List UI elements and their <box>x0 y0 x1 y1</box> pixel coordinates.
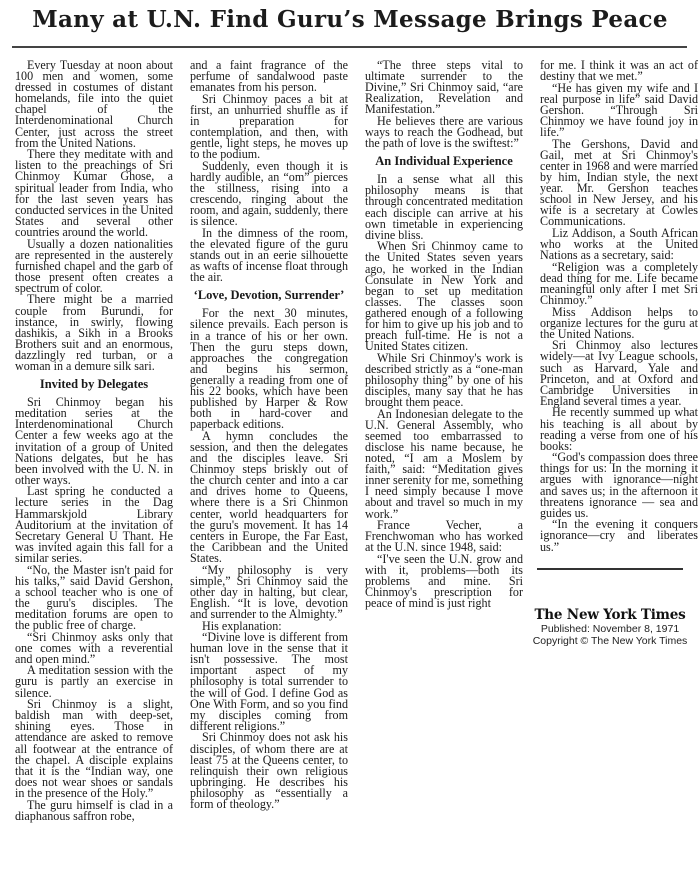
copyright-notice: Copyright © The New York Times <box>520 635 700 647</box>
publication-credit: The New York Times Published: November 8… <box>520 607 700 647</box>
article-paragraph: for me. I think it was an act of destiny… <box>540 60 698 82</box>
nyt-masthead-logo: The New York Times <box>520 607 700 623</box>
article-paragraph: A hymn concludes the session, and then t… <box>190 431 348 564</box>
article-paragraph: The Gershons, David and Gail, met at Sri… <box>540 139 698 228</box>
article-paragraph: Liz Addison, a South African who works a… <box>540 228 698 261</box>
article-paragraph: “He has given my wife and I real purpose… <box>540 83 698 138</box>
article-end-rule <box>537 568 683 570</box>
section-subhead: Invited by Delegates <box>15 378 173 391</box>
section-subhead: An Individual Experience <box>365 155 523 168</box>
article-paragraph: Every Tuesday at noon about 100 men and … <box>15 60 173 149</box>
article-paragraph: A meditation session with the guru is pa… <box>15 665 173 698</box>
article-column-2: and a faint fragrance of the perfume of … <box>190 60 348 811</box>
article-paragraph: In the dimness of the room, the elevated… <box>190 228 348 283</box>
article-paragraph: “Divine love is different from human lov… <box>190 632 348 732</box>
article-paragraph: He recently summed up what his teaching … <box>540 407 698 451</box>
article-paragraph: “In the evening it conquers ignorance—cr… <box>540 519 698 552</box>
article-paragraph: He believes there are various ways to re… <box>365 116 523 149</box>
article-paragraph: “I've seen the U.N. grow and with it, pr… <box>365 554 523 609</box>
article-column-4: for me. I think it was an act of destiny… <box>540 60 698 553</box>
article-paragraph: “Religion was a completely dead thing fo… <box>540 262 698 306</box>
article-paragraph: Sri Chinmoy also lectures widely—at Ivy … <box>540 340 698 407</box>
article-paragraph: Sri Chinmoy does not ask his disciples, … <box>190 732 348 810</box>
article-paragraph: Sri Chinmoy is a slight, baldish man wit… <box>15 699 173 799</box>
article-paragraph: “My philosophy is very simple,” Sri Chin… <box>190 565 348 620</box>
article-paragraph: For the next 30 minutes, silence prevail… <box>190 308 348 430</box>
article-paragraph: “God's compassion does three things for … <box>540 452 698 519</box>
article-paragraph: Sri Chinmoy paces a bit at first, an unh… <box>190 94 348 161</box>
article-paragraph: “No, the Master isn't paid for his talks… <box>15 565 173 632</box>
article-paragraph: When Sri Chinmoy came to the United Stat… <box>365 241 523 352</box>
article-paragraph: Last spring he conducted a lecture serie… <box>15 486 173 564</box>
headline-rule <box>12 46 687 48</box>
article-paragraph: While Sri Chinmoy's work is described st… <box>365 353 523 408</box>
article-paragraph: and a faint fragrance of the perfume of … <box>190 60 348 93</box>
article-headline: Many at U.N. Find Guru’s Message Brings … <box>10 6 690 33</box>
article-paragraph: Sri Chinmoy began his meditation series … <box>15 397 173 486</box>
article-paragraph: Usually a dozen nationalities are repres… <box>15 239 173 294</box>
section-subhead: ‘Love, Devotion, Surrender’ <box>190 289 348 302</box>
article-paragraph: There they meditate with and listen to t… <box>15 149 173 238</box>
published-date: Published: November 8, 1971 <box>520 623 700 635</box>
article-paragraph: “The three steps vital to ultimate surre… <box>365 60 523 115</box>
article-paragraph: In a sense what all this philosophy mean… <box>365 174 523 241</box>
article-column-3: “The three steps vital to ultimate surre… <box>365 60 523 610</box>
article-paragraph: France Vecher, a Frenchwoman who has wor… <box>365 520 523 553</box>
article-paragraph: Suddenly, even though it is hardly audib… <box>190 161 348 228</box>
article-paragraph: “Sri Chinmoy asks only that one comes wi… <box>15 632 173 665</box>
article-paragraph: The guru himself is clad in a diaphanous… <box>15 800 173 822</box>
article-paragraph: An Indonesian delegate to the U.N. Gener… <box>365 409 523 520</box>
article-paragraph: Miss Addison helps to organize lectures … <box>540 307 698 340</box>
article-column-1: Every Tuesday at noon about 100 men and … <box>15 60 173 822</box>
article-paragraph: There might be a married couple from Bur… <box>15 294 173 372</box>
